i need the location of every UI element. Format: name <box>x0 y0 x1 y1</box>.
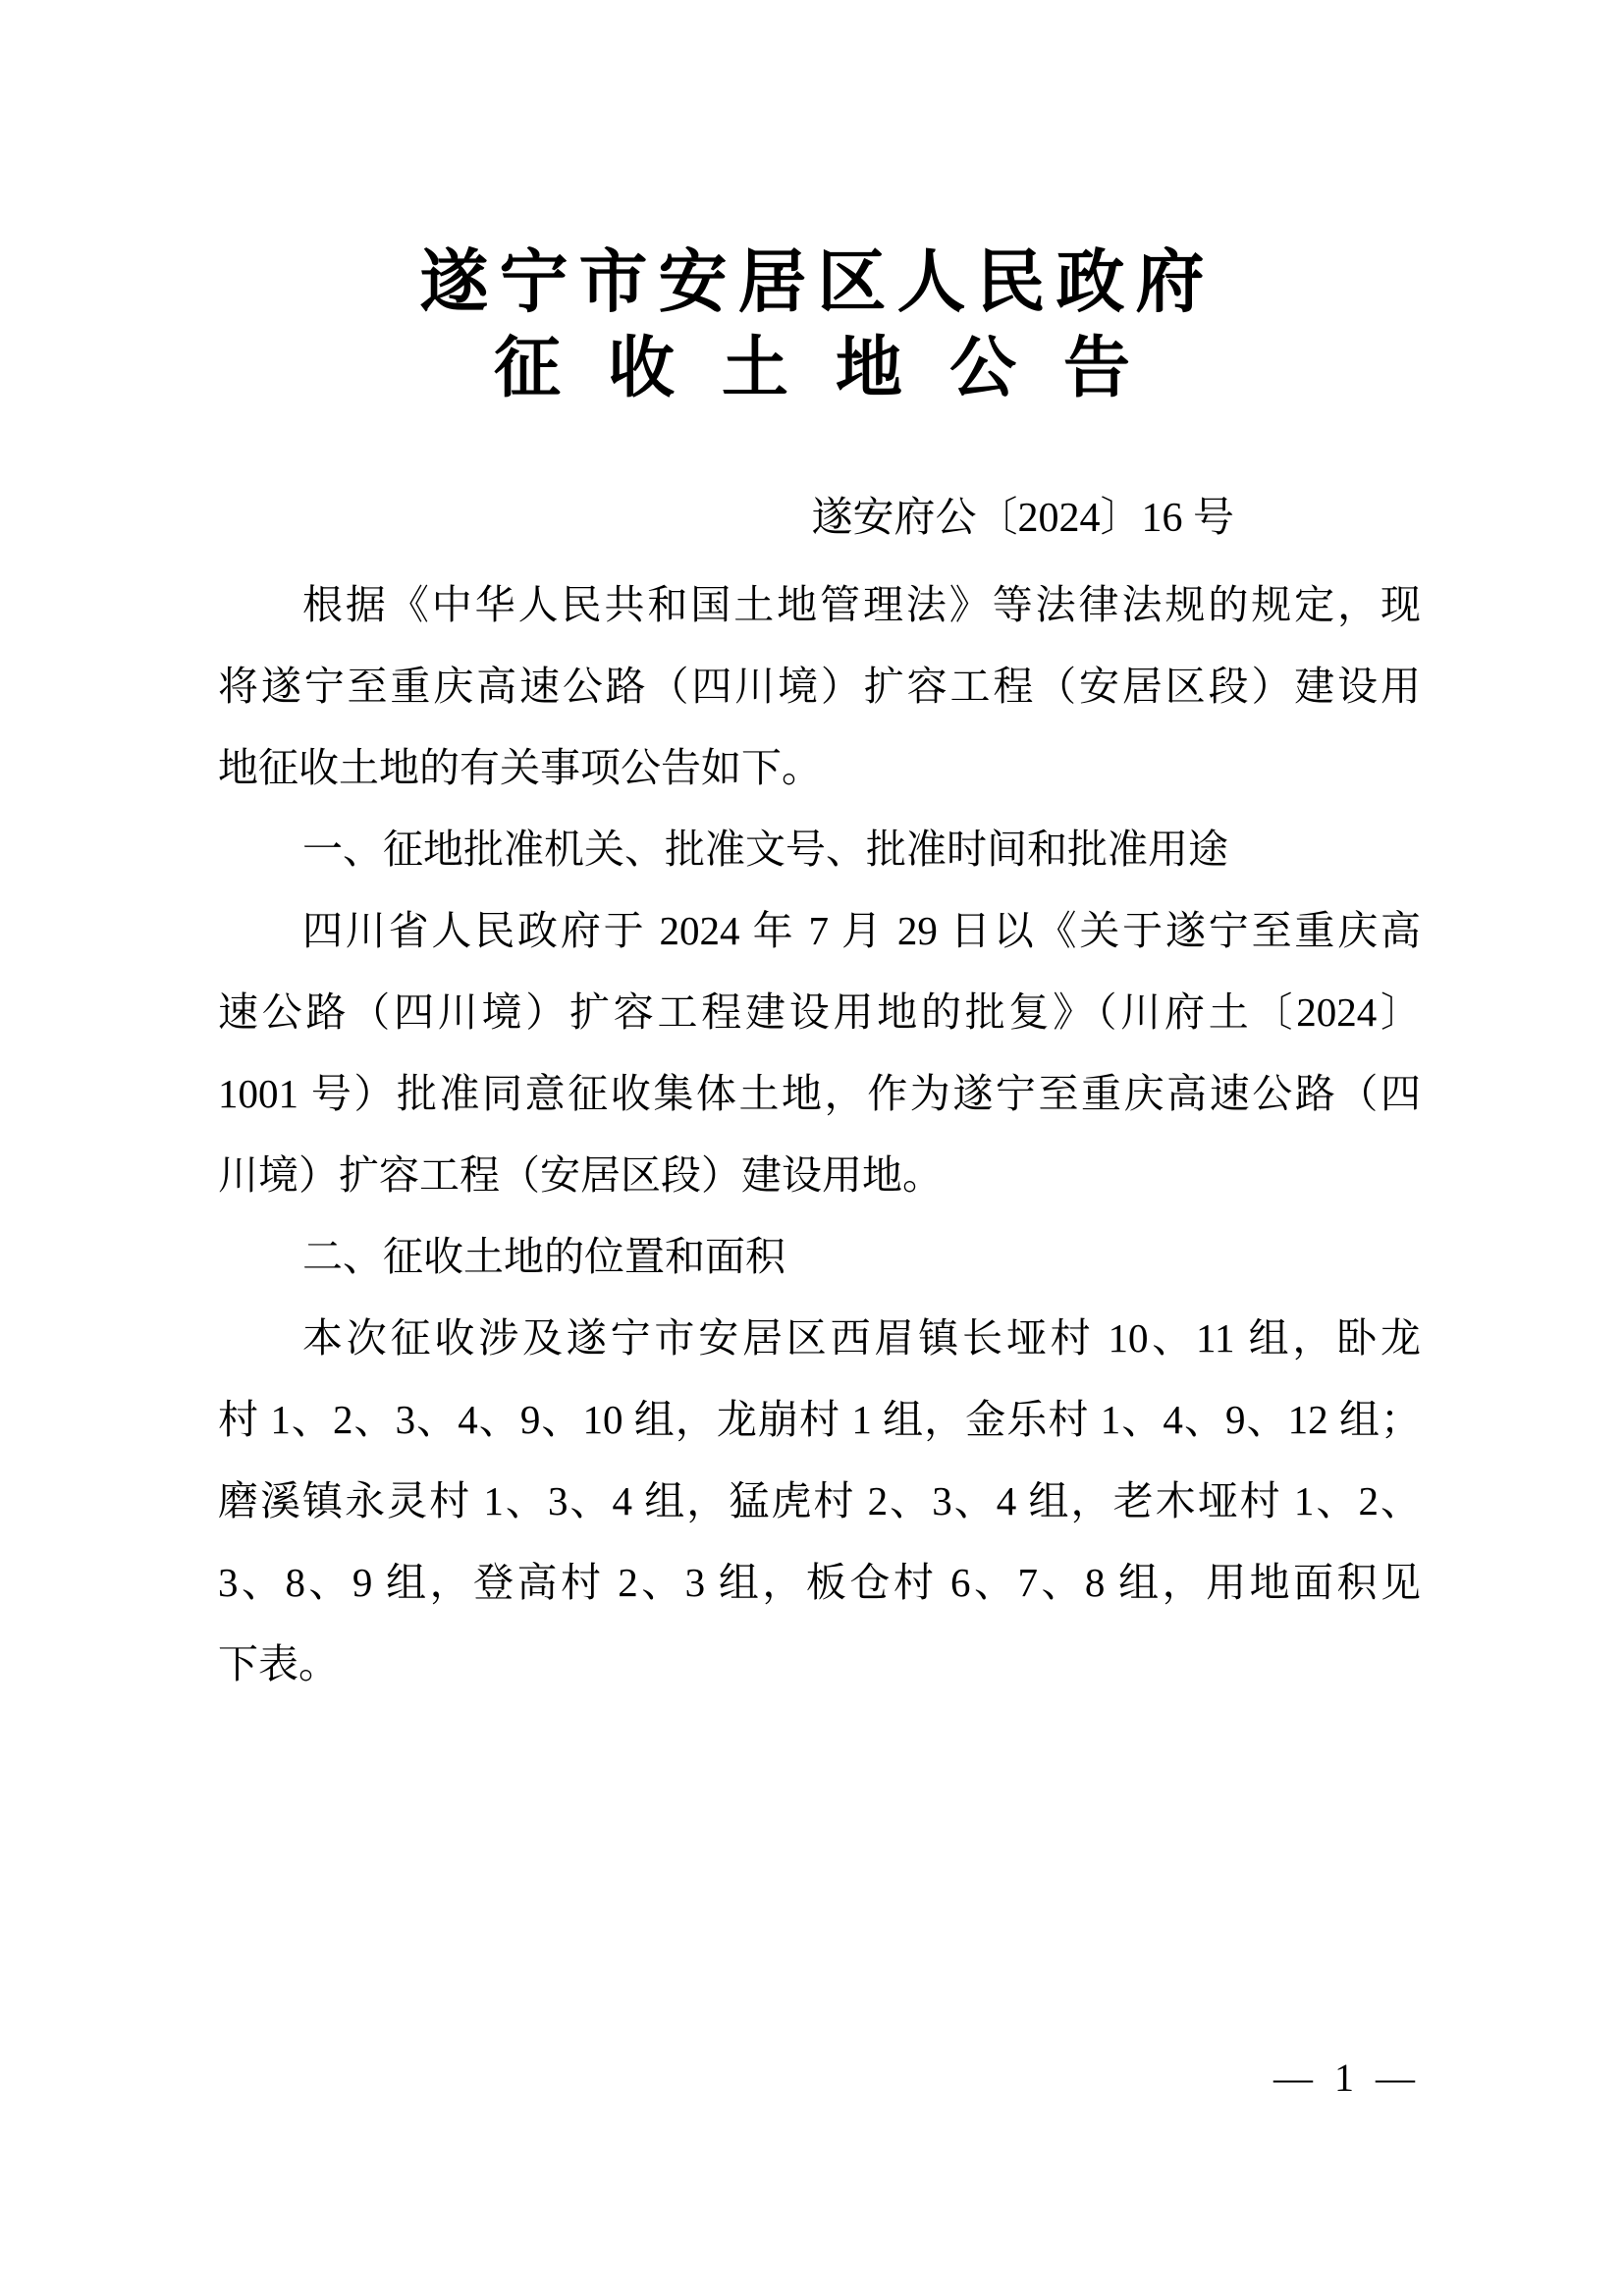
body-line: 下表。 <box>218 1624 1421 1705</box>
document-title: 遂宁市安居区人民政府 征收土地公告 <box>0 241 1624 410</box>
section-heading-one: 一、征地批准机关、批准文号、批准时间和批准用途 <box>218 809 1421 890</box>
section-heading-two: 二、征收土地的位置和面积 <box>218 1216 1421 1298</box>
body-line: 四川省人民政府于 2024 年 7 月 29 日以《关于遂宁至重庆高 <box>218 890 1421 972</box>
document-body: 根据《中华人民共和国土地管理法》等法律法规的规定，现 将遂宁至重庆高速公路（四川… <box>218 564 1421 1705</box>
title-issuer: 遂宁市安居区人民政府 <box>0 241 1624 326</box>
page-number: — 1 — <box>1273 2056 1421 2101</box>
body-line: 3、8、9 组，登高村 2、3 组，板仓村 6、7、8 组，用地面积见 <box>218 1542 1421 1624</box>
title-subject: 征收土地公告 <box>0 326 1624 410</box>
body-line: 速公路（四川境）扩容工程建设用地的批复》（川府土〔2024〕 <box>218 972 1421 1053</box>
body-line: 村 1、2、3、4、9、10 组，龙崩村 1 组，金乐村 1、4、9、12 组； <box>218 1379 1421 1461</box>
body-line: 磨溪镇永灵村 1、3、4 组，猛虎村 2、3、4 组，老木垭村 1、2、 <box>218 1461 1421 1542</box>
body-line: 地征收土地的有关事项公告如下。 <box>218 727 1421 809</box>
body-line: 1001 号）批准同意征收集体土地，作为遂宁至重庆高速公路（四 <box>218 1053 1421 1135</box>
body-line: 根据《中华人民共和国土地管理法》等法律法规的规定，现 <box>218 564 1421 646</box>
body-line: 将遂宁至重庆高速公路（四川境）扩容工程（安居区段）建设用 <box>218 646 1421 727</box>
doc-number: 遂安府公〔2024〕16 号 <box>811 493 1234 544</box>
body-line: 本次征收涉及遂宁市安居区西眉镇长垭村 10、11 组，卧龙 <box>218 1298 1421 1379</box>
body-line: 川境）扩容工程（安居区段）建设用地。 <box>218 1135 1421 1216</box>
document-page: 遂宁市安居区人民政府 征收土地公告 遂安府公〔2024〕16 号 根据《中华人民… <box>0 0 1624 2296</box>
